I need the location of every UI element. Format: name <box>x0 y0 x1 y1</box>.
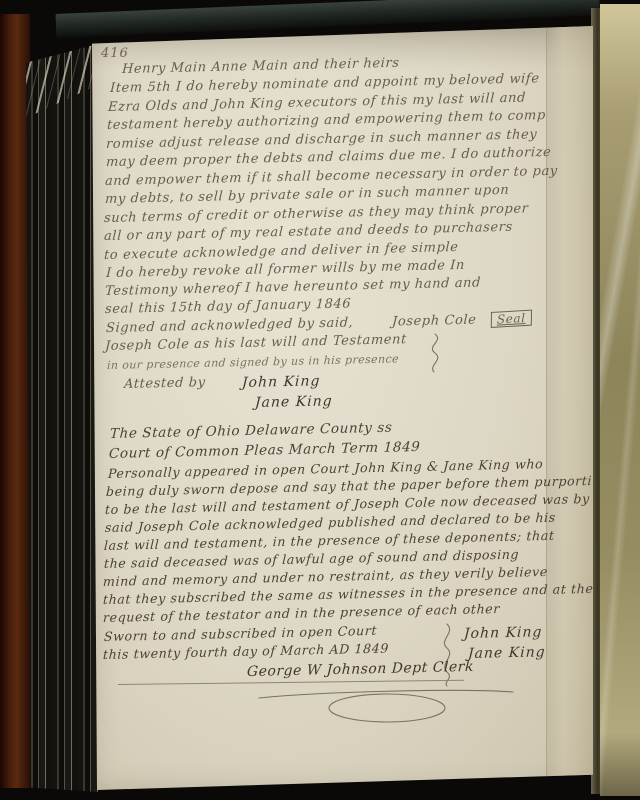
court-witness-signature: Jane King <box>468 644 546 662</box>
page-fold-strip <box>546 26 593 790</box>
presence-line: in our presence and signed by us in his … <box>107 352 400 372</box>
sworn-date-line: this twenty fourth day of March AD 1849 <box>103 641 390 663</box>
court-heading-term: Court of Common Pleas March Term 1849 <box>109 439 421 462</box>
signed-acknowledged-text: Signed and acknowledged by said, <box>106 315 354 336</box>
brace-flourish <box>422 332 448 374</box>
gloss-reflection <box>600 4 640 796</box>
court-witness-signature: John King <box>464 624 543 642</box>
witness-signature: Jane King <box>255 393 333 411</box>
will-line: seal this 15th day of January 1846 <box>105 296 352 317</box>
testator-signature: Joseph Cole <box>392 313 477 330</box>
attested-by-label: Attested by <box>124 375 206 392</box>
court-heading-state: The State of Ohio Delaware County ss <box>110 420 393 442</box>
page-edge-highlights <box>26 44 98 118</box>
book-photograph: 416 Henry Main Anne Main and their heirs… <box>0 0 640 800</box>
stacked-page-edges <box>26 44 98 792</box>
witness-signature: John King <box>242 373 321 391</box>
book-spine <box>0 14 30 788</box>
seal-annotation: Seal <box>491 310 532 328</box>
adjacent-cover-strip <box>600 4 640 796</box>
clerk-flourish <box>257 678 517 726</box>
page-number: 416 <box>101 46 129 61</box>
testament-line: Joseph Cole as his last will and Testame… <box>105 332 408 354</box>
manuscript-page: 416 Henry Main Anne Main and their heirs… <box>92 26 593 790</box>
